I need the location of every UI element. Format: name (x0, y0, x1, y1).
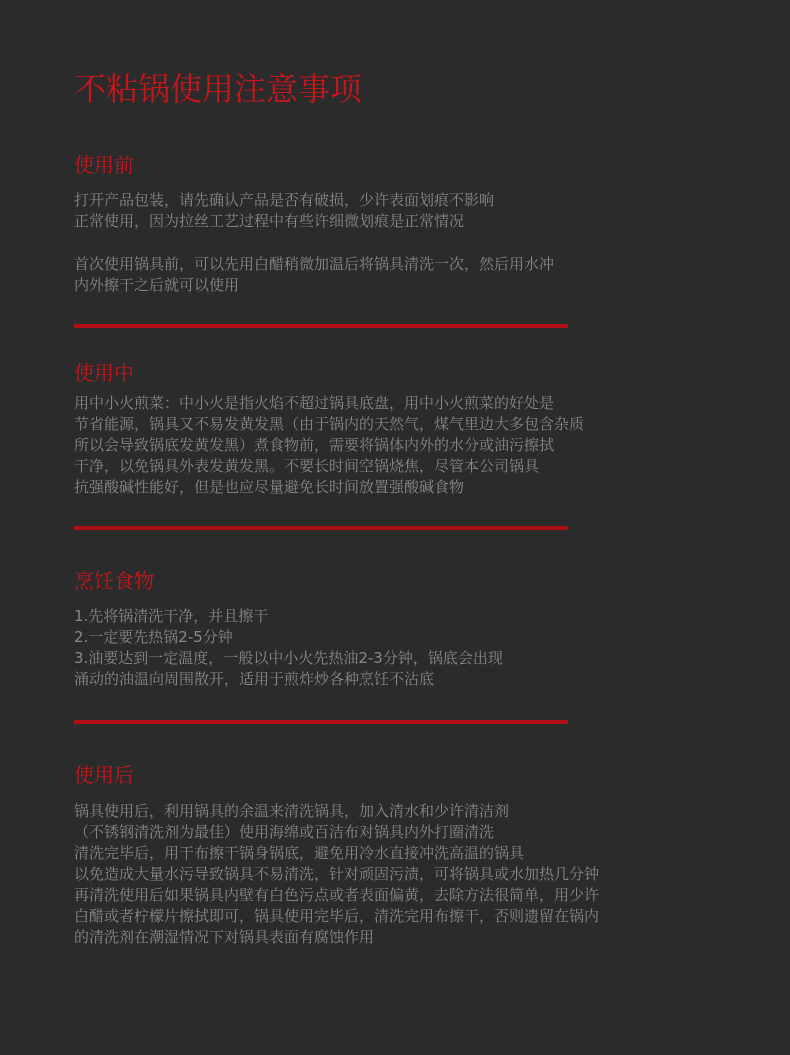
text-line: 再清洗使用后如果锅具内壁有白色污点或者表面偏黄，去除方法很简单，用少许 (74, 885, 599, 906)
section-before-use-paragraph-1: 打开产品包装，请先确认产品是否有破损，少许表面划痕不影响 正常使用，因为拉丝工艺… (74, 190, 494, 232)
text-line: 的清洗剂在潮湿情况下对锅具表面有腐蚀作用 (74, 927, 599, 948)
text-line: 以免造成大量水污导致锅具不易清洗，针对顽固污渍，可将锅具或水加热几分钟 (74, 864, 599, 885)
section-after-use-paragraph: 锅具使用后，利用锅具的余温来清洗锅具，加入清水和少许清洁剂 （不锈钢清洗剂为最佳… (74, 801, 599, 948)
text-line: 锅具使用后，利用锅具的余温来清洗锅具，加入清水和少许清洁剂 (74, 801, 599, 822)
section-divider (74, 720, 568, 724)
text-line: 所以会导致锅底发黄发黑）煮食物前，需要将锅体内外的水分或油污擦拭 (74, 435, 584, 456)
text-line: 用中小火煎菜：中小火是指火焰不超过锅具底盘，用中小火煎菜的好处是 (74, 393, 584, 414)
section-heading-after-use: 使用后 (74, 762, 134, 788)
text-line: 白醋或者柠檬片擦拭即可，锅具使用完毕后，清洗完用布擦干，否则遗留在锅内 (74, 906, 599, 927)
section-cooking-paragraph: 1.先将锅清洗干净，并且擦干 2.一定要先热锅2-5分钟 3.油要达到一定温度，… (74, 606, 503, 690)
text-line: 干净，以免锅具外表发黄发黑。不要长时间空锅烧焦，尽管本公司锅具 (74, 456, 584, 477)
section-during-use-paragraph: 用中小火煎菜：中小火是指火焰不超过锅具底盘，用中小火煎菜的好处是 节省能源，锅具… (74, 393, 584, 498)
instruction-page: 不粘锅使用注意事项 使用前 打开产品包装，请先确认产品是否有破损，少许表面划痕不… (0, 0, 790, 1055)
text-line: 节省能源，锅具又不易发黄发黑（由于锅内的天然气，煤气里边大多包含杂质 (74, 414, 584, 435)
text-line: 涌动的油温向周围散开，适用于煎炸炒各种烹饪不沾底 (74, 669, 503, 690)
text-line: 抗强酸碱性能好，但是也应尽量避免长时间放置强酸碱食物 (74, 477, 584, 498)
text-line: 正常使用，因为拉丝工艺过程中有些许细微划痕是正常情况 (74, 211, 494, 232)
text-line: 清洗完毕后，用干布擦干锅身锅底，避免用冷水直接冲洗高温的锅具 (74, 843, 599, 864)
section-before-use-paragraph-2: 首次使用锅具前，可以先用白醋稍微加温后将锅具清洗一次，然后用水冲 内外擦干之后就… (74, 254, 554, 296)
section-divider (74, 526, 568, 530)
section-divider (74, 324, 568, 328)
page-title: 不粘锅使用注意事项 (74, 68, 362, 110)
text-line: 3.油要达到一定温度，一般以中小火先热油2-3分钟，锅底会出现 (74, 648, 503, 669)
text-line: 首次使用锅具前，可以先用白醋稍微加温后将锅具清洗一次，然后用水冲 (74, 254, 554, 275)
section-heading-cooking: 烹饪食物 (74, 568, 154, 594)
text-line: （不锈钢清洗剂为最佳）使用海绵或百洁布对锅具内外打圈清洗 (74, 822, 599, 843)
section-heading-during-use: 使用中 (74, 360, 134, 386)
text-line: 1.先将锅清洗干净，并且擦干 (74, 606, 503, 627)
text-line: 打开产品包装，请先确认产品是否有破损，少许表面划痕不影响 (74, 190, 494, 211)
section-heading-before-use: 使用前 (74, 152, 134, 178)
text-line: 内外擦干之后就可以使用 (74, 275, 554, 296)
text-line: 2.一定要先热锅2-5分钟 (74, 627, 503, 648)
